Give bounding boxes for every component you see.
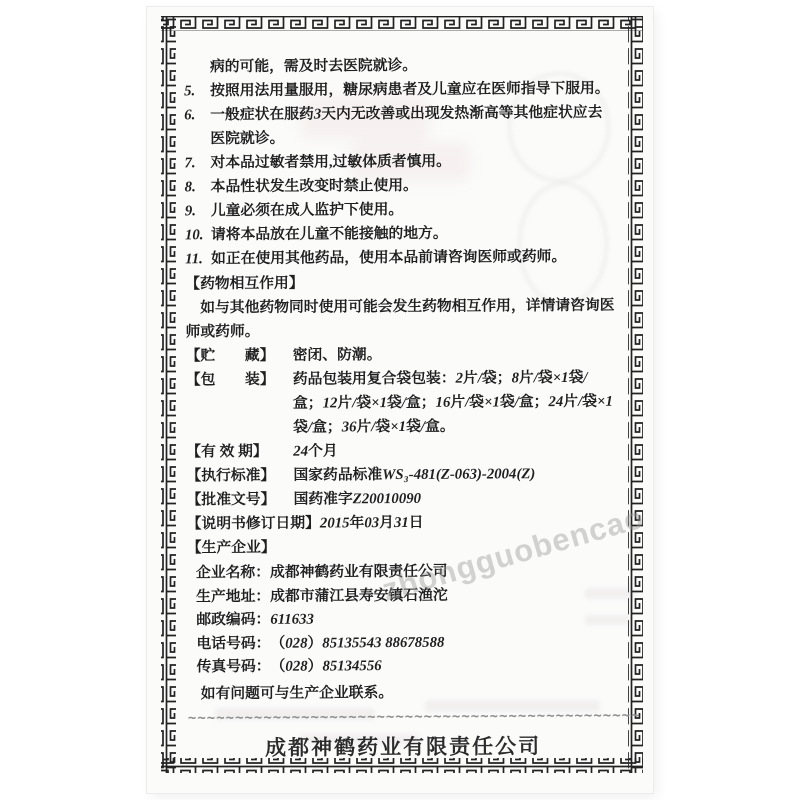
photographed-drug-insert: { "colors":{"ink":"#1f1f1f","border_patt… [0, 0, 800, 800]
precaution-number: 9. [185, 199, 211, 223]
manufacturer-row: 邮政编码：611633电话号码：（028）85135543 88678588 [196, 607, 617, 657]
manufacturer-pair: 邮政编码：611633 [196, 608, 378, 633]
field-label: 【有 效 期】 [186, 440, 293, 465]
precaution-text: 本品性状发生改变时禁止使用。 [211, 173, 615, 199]
precaution-text: 一般症状在服药3天内无改善或出现发热渐高等其他症状应去医院就诊。 [210, 101, 614, 151]
manufacturer-label: 企业名称： [196, 562, 270, 586]
precaution-number: 5. [184, 79, 210, 103]
precaution-row: 9.儿童必须在成人监护下使用。 [185, 197, 615, 224]
precaution-number: 6. [184, 103, 210, 151]
field-value: 药品包装用复合袋包装：2片/袋；8片/袋×1袋/盒；12片/袋×1袋/盒；16片… [293, 366, 616, 440]
field-row: 【生产企业】 [187, 534, 617, 561]
manufacturer-value: （028）85135543 88678588 [270, 631, 444, 656]
precaution-row: 11.如正在使用其他药品，使用本品前请咨询医师或药师。 [185, 245, 615, 272]
manufacturer-pair: 生产地址：成都市蒲江县寿安镇石渔沱 [196, 584, 448, 609]
field-row: 【包 装】药品包装用复合袋包装：2片/袋；8片/袋×1袋/盒；12片/袋×1袋/… [186, 366, 616, 441]
precaution-row: 7.对本品过敏者禁用,过敏体质者慎用。 [184, 149, 614, 176]
field-label: 【执行标准】 [186, 464, 293, 489]
manufacturer-pair: 企业名称：成都神鹤药业有限责任公司 [196, 561, 448, 586]
precaution-row: 6.一般症状在服药3天内无改善或出现发热渐高等其他症状应去医院就诊。 [184, 101, 614, 152]
field-label: 【批准文号】 [186, 488, 293, 513]
footer-company-name: 成都神鹤药业有限责任公司 [188, 733, 618, 760]
precaution-text: 对本品过敏者禁用,过敏体质者慎用。 [210, 149, 614, 175]
field-value: 密闭、防潮。 [293, 342, 616, 368]
field-label: 【包 装】 [186, 368, 293, 441]
field-row: 【批准文号】国药准字Z20010090 [186, 486, 616, 513]
manufacturer-value: 成都神鹤药业有限责任公司 [270, 561, 448, 586]
precaution-number [184, 55, 210, 79]
field-row: 【说明书修订日期】2015年03月31日 [187, 510, 617, 537]
wavy-divider: ~~~~~~~~~~~~~~~~~~~~~~~~~~~~~~~~~~~~~~~~… [188, 707, 640, 726]
precaution-text: 请将本品放在儿童不能接触的地方。 [211, 221, 615, 247]
field-row: 【执行标准】国家药品标准WS₃-481(Z-063)-2004(Z) [186, 462, 616, 489]
field-label: 【说明书修订日期】 [187, 511, 320, 536]
precaution-row: 病的可能，需及时去医院就诊。 [184, 53, 614, 80]
field-value: 国家药品标准WS₃-481(Z-063)-2004(Z) [293, 462, 616, 488]
manufacturer-info-list: 企业名称：成都神鹤药业有限责任公司生产地址：成都市蒲江县寿安镇石渔沱邮政编码：6… [196, 560, 618, 680]
leaflet-body: 病的可能，需及时去医院就诊。5.按照用法用量服用，糖尿病患者及儿童应在医师指导下… [184, 53, 618, 760]
manufacturer-label: 生产地址： [196, 585, 270, 609]
field-row: 【贮 藏】密闭、防潮。 [186, 342, 616, 369]
field-label: 【贮 藏】 [186, 344, 293, 369]
labeled-fields-list: 【贮 藏】密闭、防潮。【包 装】药品包装用复合袋包装：2片/袋；8片/袋×1袋/… [186, 342, 617, 561]
manufacturer-value: 611633 [270, 609, 314, 633]
drug-interactions-text: 如与其他药物同时使用可能会发生药物相互作用，详情请咨询医师或药师。 [185, 294, 615, 345]
section-drug-interactions-label: 【药物相互作用】 [185, 270, 615, 297]
contact-note: 如有问题可与生产企业联系。 [201, 679, 618, 706]
field-value: 国药准字Z20010090 [293, 486, 616, 512]
precaution-text: 病的可能，需及时去医院就诊。 [210, 53, 614, 79]
manufacturer-row: 生产地址：成都市蒲江县寿安镇石渔沱 [196, 583, 617, 609]
manufacturer-label: 电话号码： [196, 632, 270, 656]
manufacturer-row: 传真号码：（028）85134556 [197, 654, 618, 680]
precaution-row: 10.请将本品放在儿童不能接触的地方。 [185, 221, 615, 248]
manufacturer-row: 企业名称：成都神鹤药业有限责任公司 [196, 560, 617, 586]
manufacturer-label: 传真号码： [197, 656, 271, 680]
field-value: 2015年03月31日 [320, 510, 617, 536]
precaution-row: 5.按照用法用量服用，糖尿病患者及儿童应在医师指导下服用。 [184, 77, 614, 104]
manufacturer-value: （028）85134556 [271, 655, 382, 679]
field-value: 24个月 [293, 438, 616, 464]
manufacturer-value: 成都市蒲江县寿安镇石渔沱 [270, 584, 448, 609]
field-label: 【生产企业】 [187, 536, 294, 561]
manufacturer-pair: 传真号码：（028）85134556 [197, 655, 382, 680]
manufacturer-pair: 电话号码：（028）85135543 88678588 [196, 631, 444, 656]
precaution-number: 8. [185, 175, 211, 199]
field-value [294, 534, 617, 560]
precaution-number: 10. [185, 223, 211, 247]
precaution-number: 7. [184, 151, 210, 175]
precautions-list: 病的可能，需及时去医院就诊。5.按照用法用量服用，糖尿病患者及儿童应在医师指导下… [184, 53, 615, 272]
field-row: 【有 效 期】24个月 [186, 438, 616, 465]
precaution-text: 如正在使用其他药品，使用本品前请咨询医师或药师。 [211, 245, 615, 271]
precaution-text: 按照用法用量服用，糖尿病患者及儿童应在医师指导下服用。 [210, 77, 614, 103]
precaution-text: 儿童必须在成人监护下使用。 [211, 197, 615, 223]
manufacturer-label: 邮政编码： [196, 609, 270, 633]
precaution-number: 11. [185, 247, 211, 271]
precaution-row: 8.本品性状发生改变时禁止使用。 [185, 173, 615, 200]
